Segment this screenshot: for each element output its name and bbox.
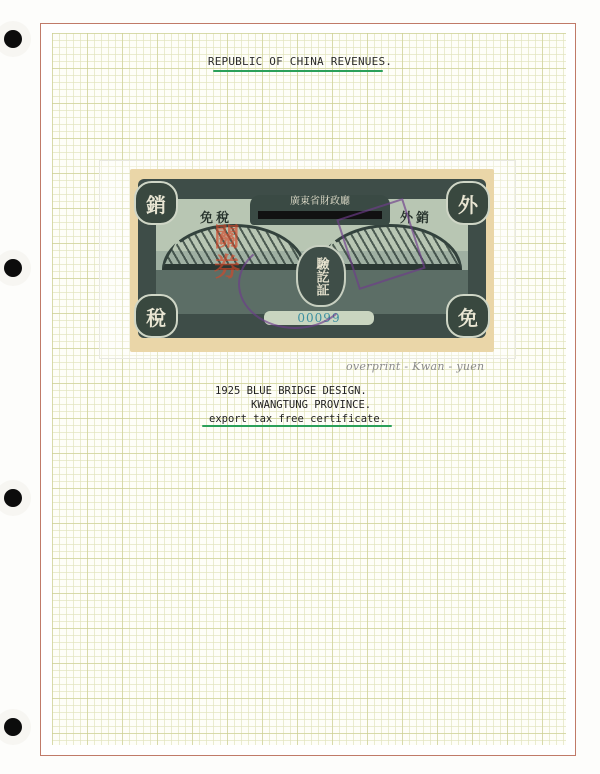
handwritten-note: overprint - Kwan - yuen <box>346 360 484 373</box>
corner-bottom-right: 免 <box>446 294 490 338</box>
title-underline <box>213 70 383 72</box>
punch-hole <box>4 30 22 48</box>
page-title: REPUBLIC OF CHINA REVENUES. <box>0 55 600 68</box>
certificate-frame: 廣東省財政廳 銷 外 稅 免 免稅 外銷 驗訖証 00099 關 券 <box>138 179 486 338</box>
corner-top-right: 外 <box>446 181 490 225</box>
purple-cancel-circle <box>238 239 352 329</box>
description-line-3: export tax free certificate. <box>209 413 386 425</box>
corner-top-left: 銷 <box>134 181 178 225</box>
description-line-1: 1925 BLUE BRIDGE DESIGN. <box>215 385 367 397</box>
banner-text: 廣東省財政廳 <box>290 196 350 207</box>
corner-bottom-left: 稅 <box>134 294 178 338</box>
description-underline <box>202 425 392 427</box>
punch-hole <box>4 259 22 277</box>
description-line-2: KWANGTUNG PROVINCE. <box>251 399 371 411</box>
punch-hole <box>4 489 22 507</box>
revenue-certificate[interactable]: 廣東省財政廳 銷 外 稅 免 免稅 外銷 驗訖証 00099 關 券 <box>130 169 494 352</box>
punch-hole <box>4 718 22 736</box>
